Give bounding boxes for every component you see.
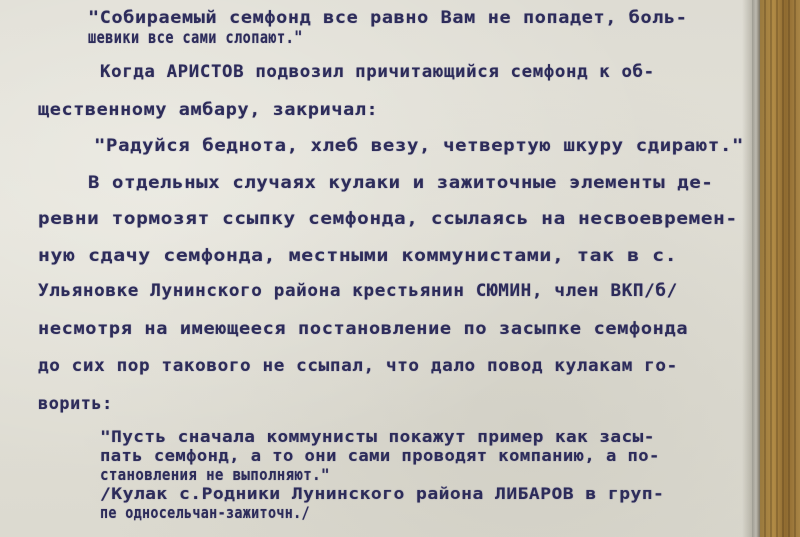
text-line: В отдельных случаях кулаки и зажиточные …: [88, 173, 713, 193]
text-line: "Радуйся беднота, хлеб везу, четвертую ш…: [94, 136, 744, 156]
text-line: ворить:: [38, 394, 113, 414]
text-line: "Пусть сначала коммунисты покажут пример…: [100, 427, 655, 446]
text-line: Ульяновке Лунинского района крестьянин С…: [38, 281, 678, 301]
text-line: Когда АРИСТОВ подвозил причитающийся сем…: [100, 62, 655, 82]
text-line: ную сдачу семфонда, местными коммунистам…: [38, 246, 677, 266]
text-line: /Кулак с.Родники Лунинского района ЛИБАР…: [100, 484, 664, 503]
text-line: ревни тормозят ссыпку семфонда, ссылаясь…: [38, 209, 738, 229]
text-line: пе односельчан-зажиточн./: [100, 503, 310, 522]
text-line: "Собираемый семфонд все равно Вам не поп…: [88, 8, 688, 28]
text-line: пать семфонд, а то они сами проводят ком…: [100, 446, 660, 465]
page-edge: [752, 0, 760, 537]
text-line: несмотря на имеющееся постановление по з…: [38, 319, 688, 339]
text-line: щественному амбару, закричал:: [38, 100, 378, 120]
text-line: становления не выполняют.": [100, 465, 330, 484]
text-line: шевики все сами слопают.": [88, 28, 303, 48]
text-line: до сих пор такового не ссыпал, что дало …: [38, 356, 678, 376]
